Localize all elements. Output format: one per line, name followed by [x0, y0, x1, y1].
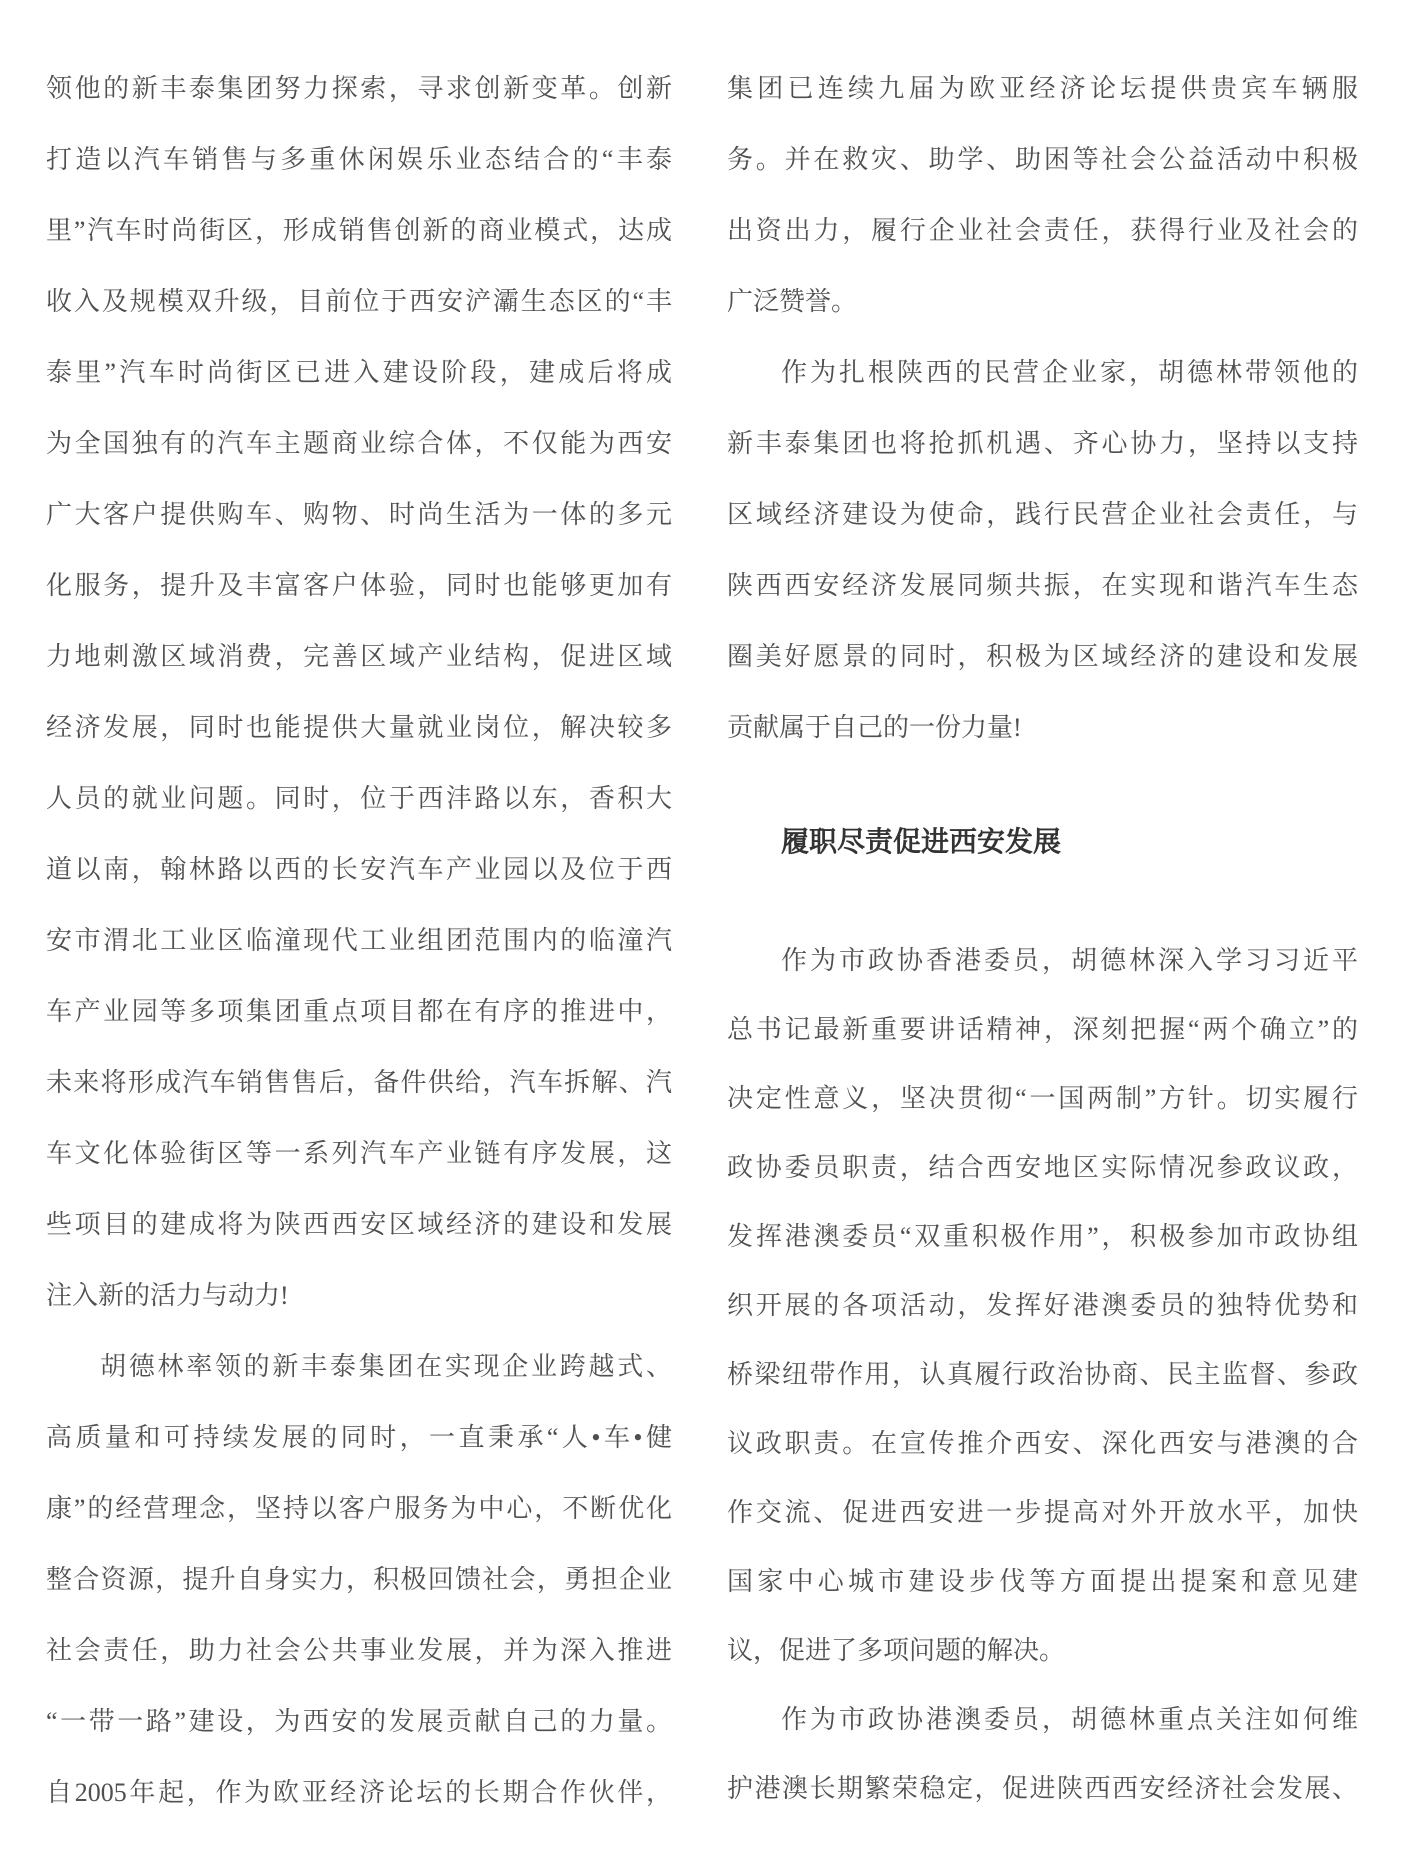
text-line: 安市渭北工业区临潼现代工业组团范围内的临潼汽 [46, 905, 672, 976]
text-line: 新丰泰集团也将抢抓机遇、齐心协力，坚持以支持 [727, 408, 1358, 479]
text-line: 决定性意义，坚决贯彻“一国两制”方针。切实履行 [727, 1064, 1358, 1133]
text-line: “一带一路”建设，为西安的发展贡献自己的力量。 [46, 1686, 672, 1757]
text-line: 些项目的建成将为陕西西安区域经济的建设和发展 [46, 1189, 672, 1260]
text-line: 务。并在救灾、助学、助困等社会公益活动中积极 [727, 124, 1358, 195]
text-line: 为全国独有的汽车主题商业综合体，不仅能为西安 [46, 408, 672, 479]
text-line: 贡献属于自己的一份力量! [727, 692, 1358, 763]
text-line: 议，促进了多项问题的解决。 [727, 1616, 1358, 1685]
text-line: 作为市政协港澳委员，胡德林重点关注如何维 [727, 1685, 1358, 1754]
text-line: 发挥港澳委员“双重积极作用”，积极参加市政协组 [727, 1202, 1358, 1271]
left-text-column: 领他的新丰泰集团努力探索，寻求创新变革。创新打造以汽车销售与多重休闲娱乐业态结合… [46, 53, 672, 1828]
text-line: 打造以汽车销售与多重休闲娱乐业态结合的“丰泰 [46, 124, 672, 195]
text-line: 桥梁纽带作用，认真履行政治协商、民主监督、参政 [727, 1340, 1358, 1409]
text-line: 道以南，翰林路以西的长安汽车产业园以及位于西 [46, 834, 672, 905]
text-line: 广大客户提供购车、购物、时尚生活为一体的多元 [46, 479, 672, 550]
text-line: 作交流、促进西安进一步提高对外开放水平，加快 [727, 1478, 1358, 1547]
text-line: 经济发展，同时也能提供大量就业岗位，解决较多 [46, 692, 672, 763]
text-line: 力地刺激区域消费，完善区域产业结构，促进区域 [46, 621, 672, 692]
text-line: 总书记最新重要讲话精神，深刻把握“两个确立”的 [727, 995, 1358, 1064]
text-line: 胡德林率领的新丰泰集团在实现企业跨越式、 [46, 1331, 672, 1402]
document-page: 领他的新丰泰集团努力探索，寻求创新变革。创新打造以汽车销售与多重休闲娱乐业态结合… [0, 0, 1426, 1849]
text-line: 人员的就业问题。同时，位于西沣路以东，香积大 [46, 763, 672, 834]
text-line: 化服务，提升及丰富客户体验，同时也能够更加有 [46, 550, 672, 621]
text-line: 社会责任，助力社会公共事业发展，并为深入推进 [46, 1615, 672, 1686]
text-line: 作为扎根陕西的民营企业家，胡德林带领他的 [727, 337, 1358, 408]
text-line: 康”的经营理念，坚持以客户服务为中心，不断优化 [46, 1473, 672, 1544]
text-line: 泰里”汽车时尚街区已进入建设阶段，建成后将成 [46, 337, 672, 408]
text-line: 集团已连续九届为欧亚经济论坛提供贵宾车辆服 [727, 53, 1358, 124]
text-line: 织开展的各项活动，发挥好港澳委员的独特优势和 [727, 1271, 1358, 1340]
text-line: 车产业园等多项集团重点项目都在有序的推进中， [46, 976, 672, 1047]
text-line: 注入新的活力与动力! [46, 1260, 672, 1331]
text-line: 圈美好愿景的同时，积极为区域经济的建设和发展 [727, 621, 1358, 692]
text-line: 领他的新丰泰集团努力探索，寻求创新变革。创新 [46, 53, 672, 124]
text-line: 高质量和可持续发展的同时，一直秉承“人•车•健 [46, 1402, 672, 1473]
text-line: 护港澳长期繁荣稳定，促进陕西西安经济社会发展、 [727, 1754, 1358, 1823]
text-line: 出资出力，履行企业社会责任，获得行业及社会的 [727, 195, 1358, 266]
text-line: 政协委员职责，结合西安地区实际情况参政议政， [727, 1133, 1358, 1202]
text-line: 车文化体验街区等一系列汽车产业链有序发展，这 [46, 1118, 672, 1189]
text-line: 整合资源，提升自身实力，积极回馈社会，勇担企业 [46, 1544, 672, 1615]
text-line: 收入及规模双升级，目前位于西安浐灞生态区的“丰 [46, 266, 672, 337]
text-line: 广泛赞誉。 [727, 266, 1358, 337]
text-line: 陕西西安经济发展同频共振，在实现和谐汽车生态 [727, 550, 1358, 621]
text-line: 议政职责。在宣传推介西安、深化西安与港澳的合 [727, 1409, 1358, 1478]
text-line: 区域经济建设为使命，践行民营企业社会责任，与 [727, 479, 1358, 550]
right-text-column-bottom: 作为市政协香港委员，胡德林深入学习习近平总书记最新重要讲话精神，深刻把握“两个确… [727, 926, 1358, 1823]
text-line: 未来将形成汽车销售售后，备件供给，汽车拆解、汽 [46, 1047, 672, 1118]
text-line: 国家中心城市建设步伐等方面提出提案和意见建 [727, 1547, 1358, 1616]
text-line: 作为市政协香港委员，胡德林深入学习习近平 [727, 926, 1358, 995]
right-text-column-top: 集团已连续九届为欧亚经济论坛提供贵宾车辆服务。并在救灾、助学、助困等社会公益活动… [727, 53, 1358, 763]
section-heading: 履职尽责促进西安发展 [781, 806, 1061, 877]
text-line: 里”汽车时尚街区，形成销售创新的商业模式，达成 [46, 195, 672, 266]
text-line: 自2005年起，作为欧亚经济论坛的长期合作伙伴， [46, 1757, 672, 1828]
